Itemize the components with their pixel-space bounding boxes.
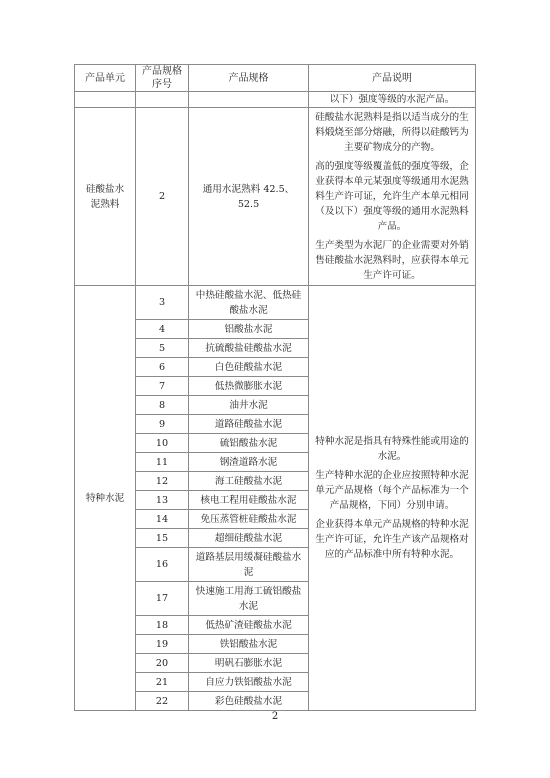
desc-paragraph: 特种水泥是指具有特殊性能或用途的水泥。: [313, 434, 471, 464]
cell-spec: 铁铝酸盐水泥: [189, 635, 309, 654]
cell-seq: 13: [136, 491, 189, 510]
cell-spec: 通用水泥熟料 42.5、52.5: [189, 108, 309, 286]
cell-spec: 免压蒸管桩硅酸盐水泥: [189, 510, 309, 529]
desc-paragraph: 生产类型为水泥厂的企业需要对外销售硅酸盐水泥熟料时，应获得本单元生产许可证。: [313, 238, 471, 283]
cell-seq: 12: [136, 472, 189, 491]
cell-unit-special: 特种水泥: [75, 286, 136, 711]
cell-spec: 抗硫酸盐硅酸盐水泥: [189, 339, 309, 358]
cell-spec: 铝酸盐水泥: [189, 320, 309, 339]
header-product-spec: 产品规格: [189, 65, 309, 92]
product-spec-table: 产品单元 产品规格 序号 产品规格 产品说明 以下）强度等级的水泥产品。 硅酸盐…: [74, 64, 476, 711]
header-product-desc: 产品说明: [309, 65, 476, 92]
table-row: 特种水泥 3 中热硅酸盐水泥、低热硅酸盐水泥 特种水泥是指具有特殊性能或用途的水…: [75, 286, 476, 320]
cell-seq: 19: [136, 635, 189, 654]
cell-seq: 20: [136, 654, 189, 673]
cell-unit-clinker: 硅酸盐水泥熟料: [75, 108, 136, 286]
cell-spec: 白色硅酸盐水泥: [189, 358, 309, 377]
cell-spec: 低热微膨胀水泥: [189, 377, 309, 396]
cell-seq: 22: [136, 692, 189, 711]
cell-spec: 道路硅酸盐水泥: [189, 415, 309, 434]
header-spec-seq: 产品规格 序号: [136, 65, 189, 92]
cell-seq: 16: [136, 548, 189, 582]
table-row-continuation: 以下）强度等级的水泥产品。: [75, 92, 476, 108]
cell-seq: 9: [136, 415, 189, 434]
cell-spec: 硫铝酸盐水泥: [189, 434, 309, 453]
cell-spec: 超细硅酸盐水泥: [189, 529, 309, 548]
cell-seq: 10: [136, 434, 189, 453]
cell-seq: 4: [136, 320, 189, 339]
cell-seq: 17: [136, 582, 189, 616]
cell-seq: 11: [136, 453, 189, 472]
cell-spec: 快速施工用海工硫铝酸盐水泥: [189, 582, 309, 616]
cell-seq: 14: [136, 510, 189, 529]
header-product-unit: 产品单元: [75, 65, 136, 92]
cell-spec: 彩色硅酸盐水泥: [189, 692, 309, 711]
cell-seq: 2: [136, 108, 189, 286]
cell-desc-continuation: 以下）强度等级的水泥产品。: [309, 92, 476, 108]
cell-spec: 自应力铁铝酸盐水泥: [189, 673, 309, 692]
document-page: 产品单元 产品规格 序号 产品规格 产品说明 以下）强度等级的水泥产品。 硅酸盐…: [0, 0, 550, 778]
header-spec-seq-line2: 序号: [140, 78, 184, 91]
cell-empty: [75, 92, 136, 108]
cell-empty: [189, 92, 309, 108]
cell-spec: 海工硅酸盐水泥: [189, 472, 309, 491]
table-header-row: 产品单元 产品规格 序号 产品规格 产品说明: [75, 65, 476, 92]
cell-seq: 8: [136, 396, 189, 415]
cell-spec: 钢渣道路水泥: [189, 453, 309, 472]
cell-spec: 道路基层用缓凝硅酸盐水泥: [189, 548, 309, 582]
cell-desc-special: 特种水泥是指具有特殊性能或用途的水泥。 生产特种水泥的企业应按照特种水泥单元产品…: [309, 286, 476, 711]
header-spec-seq-line1: 产品规格: [140, 65, 184, 78]
cell-spec: 明矾石膨胀水泥: [189, 654, 309, 673]
page-number: 2: [0, 711, 550, 722]
cell-spec: 油井水泥: [189, 396, 309, 415]
table-row-clinker: 硅酸盐水泥熟料 2 通用水泥熟料 42.5、52.5 硅酸盐水泥熟料是指以适当成…: [75, 108, 476, 286]
cell-seq: 6: [136, 358, 189, 377]
cell-seq: 18: [136, 616, 189, 635]
cell-seq: 7: [136, 377, 189, 396]
cell-spec: 中热硅酸盐水泥、低热硅酸盐水泥: [189, 286, 309, 320]
desc-paragraph: 生产特种水泥的企业应按照特种水泥单元产品规格（每个产品标准为一个产品规格，下同）…: [313, 468, 471, 513]
cell-spec: 低热矿渣硅酸盐水泥: [189, 616, 309, 635]
cell-empty: [136, 92, 189, 108]
desc-paragraph: 高的强度等级覆盖低的强度等级，企业获得本单元某强度等级通用水泥熟料生产许可证，允…: [313, 159, 471, 234]
desc-paragraph: 企业获得本单元产品规格的特种水泥生产许可证，允许生产该产品规格对应的产品标准中所…: [313, 517, 471, 562]
cell-spec: 核电工程用硅酸盐水泥: [189, 491, 309, 510]
cell-seq: 15: [136, 529, 189, 548]
cell-desc-clinker: 硅酸盐水泥熟料是指以适当成分的生料煅烧至部分熔融，所得以硅酸钙为主要矿物成分的产…: [309, 108, 476, 286]
cell-seq: 21: [136, 673, 189, 692]
desc-paragraph: 硅酸盐水泥熟料是指以适当成分的生料煅烧至部分熔融，所得以硅酸钙为主要矿物成分的产…: [313, 110, 471, 155]
cell-seq: 3: [136, 286, 189, 320]
cell-seq: 5: [136, 339, 189, 358]
